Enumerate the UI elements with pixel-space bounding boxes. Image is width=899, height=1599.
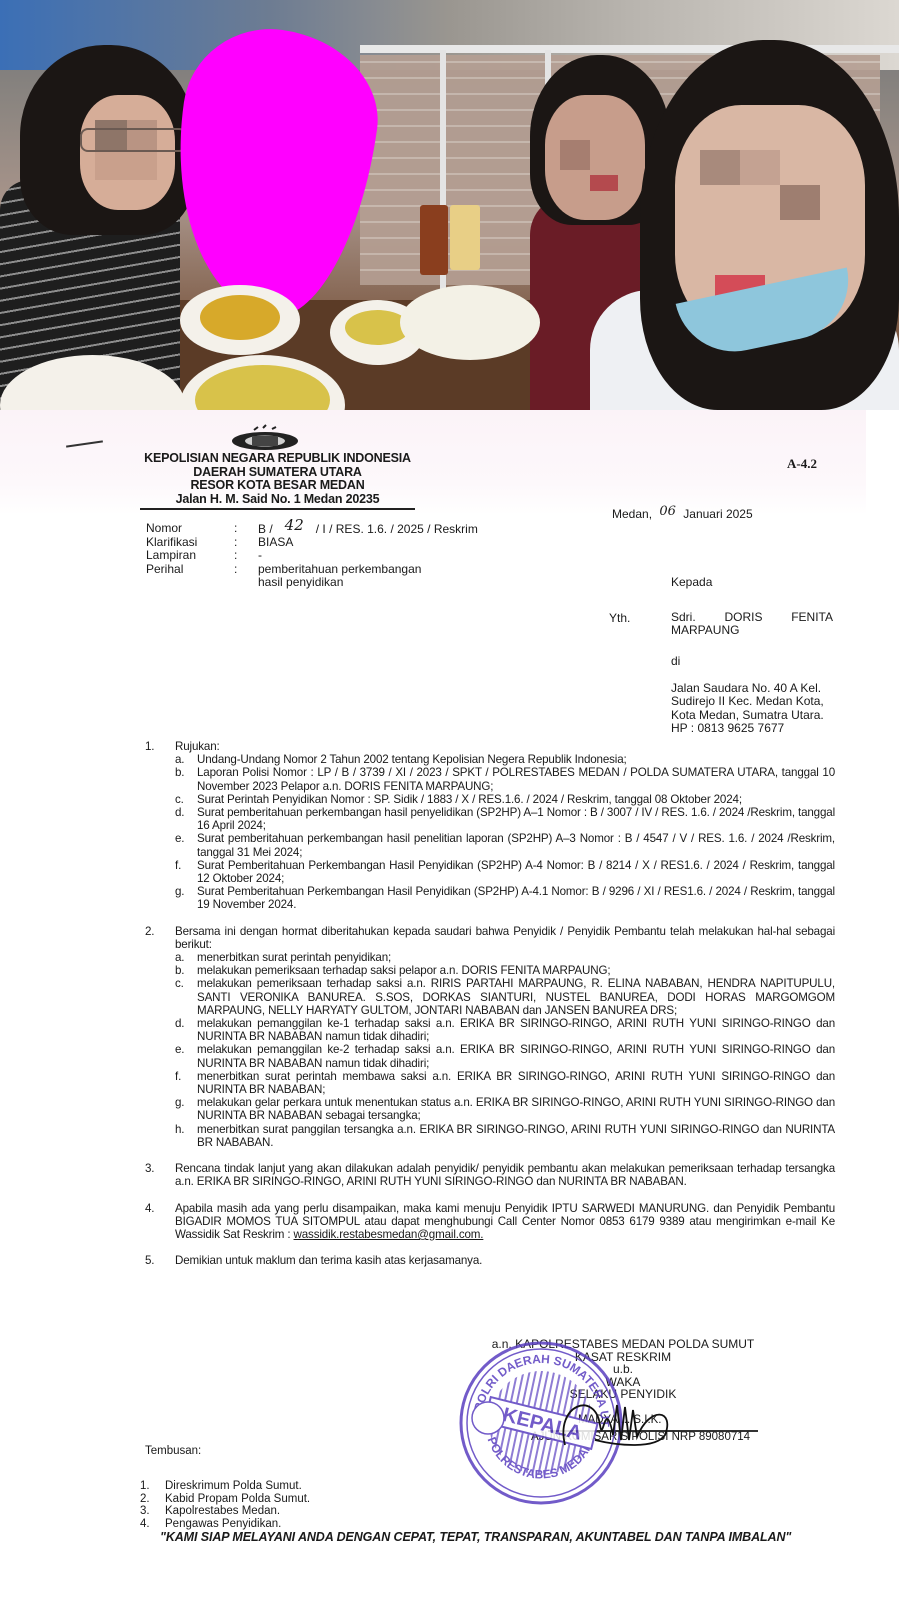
pixelation — [740, 150, 780, 185]
item-text: melakukan pemeriksaan terhadap saksi pel… — [197, 964, 610, 977]
recipient-name-part: MARPAUNG — [671, 624, 833, 637]
section-number: 4. — [145, 1202, 154, 1215]
cc-text: Kapolrestabes Medan. — [165, 1505, 280, 1517]
item-text: Surat pemberitahuan perkembangan hasil p… — [197, 806, 835, 832]
di-label: di — [671, 654, 680, 668]
meta-value: BIASA — [258, 536, 293, 550]
item-text: Laporan Polisi Nomor : LP / B / 3739 / X… — [197, 766, 835, 792]
section-number: 5. — [145, 1254, 154, 1267]
item-letter: g. — [175, 885, 184, 898]
address-line: Kota Medan, Sumatra Utara. — [671, 709, 841, 722]
section-rujukan: 1. Rujukan: a.Undang-Undang Nomor 2 Tahu… — [145, 740, 835, 912]
address-line: Sudirejo II Kec. Medan Kota, — [671, 695, 841, 708]
cc-text: Kabid Propam Polda Sumut. — [165, 1493, 310, 1505]
item-letter: b. — [175, 766, 184, 779]
list-item: g.melakukan gelar perkara untuk menentuk… — [175, 1096, 835, 1122]
item-letter: b. — [175, 964, 184, 977]
list-item: e.melakukan pemanggilan ke-2 terhadap sa… — [175, 1043, 835, 1069]
police-emblem-icon — [230, 423, 300, 451]
pixelation — [95, 150, 157, 180]
contact-text: Apabila masih ada yang perlu disampaikan… — [175, 1202, 835, 1241]
item-letter: h. — [175, 1123, 184, 1136]
list-item: g.Surat Pemberitahuan Perkembangan Hasil… — [175, 885, 835, 911]
handwritten-number: 42 — [285, 519, 304, 533]
letter-body: 1. Rujukan: a.Undang-Undang Nomor 2 Tahu… — [145, 740, 835, 1267]
recipient-phone: HP : 0813 9625 7677 — [671, 722, 841, 735]
cc-list: 1.Direskrimum Polda Sumut. 2.Kabid Propa… — [140, 1480, 310, 1530]
item-letter: e. — [175, 832, 184, 845]
list-item: c.Surat Perintah Penyidikan Nomor : SP. … — [175, 793, 835, 806]
plate — [400, 285, 540, 360]
section-heading: Rujukan: — [175, 740, 835, 753]
section-rencana: 3. Rencana tindak lanjut yang akan dilak… — [145, 1162, 835, 1188]
cc-text: Direskrimum Polda Sumut. — [165, 1480, 302, 1492]
recipient-name: Sdri. DORIS FENITA MARPAUNG — [671, 611, 833, 637]
fries — [200, 295, 280, 340]
paper-tint — [0, 410, 866, 515]
form-code: A-4.2 — [787, 456, 817, 472]
item-letter: c. — [175, 793, 184, 806]
item-letter: d. — [175, 1017, 184, 1030]
police-letter: KEPOLISIAN NEGARA REPUBLIK INDONESIA DAE… — [0, 410, 899, 1599]
meta-label: Lampiran — [146, 549, 196, 563]
letterhead-address: Jalan H. M. Said No. 1 Medan 20235 — [140, 493, 415, 507]
date-month-year: Januari 2025 — [683, 507, 752, 521]
item-text: Surat Pemberitahuan Perkembangan Hasil P… — [197, 885, 835, 911]
cc-number: 4. — [140, 1518, 150, 1531]
letterhead-line: DAERAH SUMATERA UTARA — [140, 466, 415, 480]
item-text: melakukan pemanggilan ke-1 terhadap saks… — [197, 1017, 835, 1043]
list-item: a.Undang-Undang Nomor 2 Tahun 2002 tenta… — [175, 753, 835, 766]
list-item: b.Laporan Polisi Nomor : LP / B / 3739 /… — [175, 766, 835, 792]
item-letter: a. — [175, 753, 184, 766]
list-item: f.Surat Pemberitahuan Perkembangan Hasil… — [175, 859, 835, 885]
date-city: Medan, — [612, 507, 652, 521]
item-text: melakukan gelar perkara untuk menentukan… — [197, 1096, 835, 1122]
cc-text: Pengawas Penyidikan. — [165, 1518, 281, 1530]
eyeglasses — [80, 128, 187, 152]
cc-label: Tembusan: — [145, 1445, 201, 1457]
nomor-suffix: / I / RES. 1.6. / 2025 / Reskrim — [316, 522, 478, 536]
letterhead-divider — [140, 508, 415, 510]
item-text: menerbitkan surat perintah membawa saksi… — [197, 1070, 835, 1096]
cc-number: 2. — [140, 1493, 150, 1506]
letterhead-line: KEPOLISIAN NEGARA REPUBLIK INDONESIA — [140, 452, 415, 466]
pixelation — [780, 185, 820, 220]
list-item: a.menerbitkan surat perintah penyidikan; — [175, 951, 835, 964]
meta-colon: : — [234, 522, 237, 536]
item-text: melakukan pemeriksaan terhadap saksi a.n… — [197, 977, 835, 1016]
item-letter: a. — [175, 951, 184, 964]
section-number: 1. — [145, 740, 154, 753]
cc-number: 3. — [140, 1505, 150, 1518]
meta-colon: : — [234, 536, 237, 550]
handwritten-signature-icon — [555, 1385, 695, 1460]
item-text: Surat pemberitahuan perkembangan hasil p… — [197, 832, 835, 858]
letterhead: KEPOLISIAN NEGARA REPUBLIK INDONESIA DAE… — [140, 452, 415, 506]
cc-item: 4.Pengawas Penyidikan. — [140, 1518, 310, 1531]
group-photo — [0, 0, 899, 410]
meta-label: Perihal — [146, 563, 183, 577]
item-text: menerbitkan surat perintah penyidikan; — [197, 951, 391, 964]
meta-value: - — [258, 549, 262, 563]
address-line: Jalan Saudara No. 40 A Kel. — [671, 682, 841, 695]
pixelation — [590, 175, 618, 191]
cc-item: 1.Direskrimum Polda Sumut. — [140, 1480, 310, 1493]
item-letter: g. — [175, 1096, 184, 1109]
section-tindakan: 2. Bersama ini dengan hormat diberitahuk… — [145, 925, 835, 1149]
cc-item: 3.Kapolrestabes Medan. — [140, 1505, 310, 1518]
section-number: 3. — [145, 1162, 154, 1175]
list-item: f.menerbitkan surat perintah membawa sak… — [175, 1070, 835, 1096]
section-text: Bersama ini dengan hormat diberitahukan … — [175, 925, 835, 951]
recipient-name-part: FENITA — [791, 611, 833, 624]
handwritten-day: 06 — [659, 504, 676, 519]
letterhead-line: RESOR KOTA BESAR MEDAN — [140, 479, 415, 493]
list-item: b.melakukan pemeriksaan terhadap saksi p… — [175, 964, 835, 977]
section-penutup: 5. Demikian untuk maklum dan terima kasi… — [145, 1254, 835, 1267]
item-text: melakukan pemanggilan ke-2 terhadap saks… — [197, 1043, 835, 1069]
section-number: 2. — [145, 925, 154, 938]
item-letter: d. — [175, 806, 184, 819]
nomor-prefix: B / — [258, 522, 273, 536]
letter-date: Medan, 06 Januari 2025 — [612, 507, 753, 522]
meta-label: Nomor — [146, 522, 182, 536]
iced-tea-glass — [420, 205, 448, 275]
item-text: Undang-Undang Nomor 2 Tahun 2002 tentang… — [197, 753, 627, 766]
pixelation — [560, 140, 590, 170]
meta-value: hasil penyidikan — [258, 576, 343, 590]
meta-colon: : — [234, 549, 237, 563]
recipient-address: Jalan Saudara No. 40 A Kel. Sudirejo II … — [671, 682, 841, 735]
service-motto: "KAMI SIAP MELAYANI ANDA DENGAN CEPAT, T… — [160, 1530, 860, 1544]
meta-value: pemberitahuan perkembangan — [258, 563, 421, 577]
section-text: Demikian untuk maklum dan terima kasih a… — [175, 1254, 835, 1267]
meta-colon: : — [234, 563, 237, 577]
yth-label: Yth. — [609, 611, 630, 625]
list-item: c.melakukan pemeriksaan terhadap saksi a… — [175, 977, 835, 1017]
pixelation — [700, 150, 740, 185]
section-text: Apabila masih ada yang perlu disampaikan… — [175, 1202, 835, 1242]
list-item: h.menerbitkan surat panggilan tersangka … — [175, 1123, 835, 1149]
cc-number: 1. — [140, 1480, 150, 1493]
item-letter: e. — [175, 1043, 184, 1056]
kepada-label: Kepada — [671, 575, 712, 589]
section-text: Rencana tindak lanjut yang akan dilakuka… — [175, 1162, 835, 1188]
section-kontak: 4. Apabila masih ada yang perlu disampai… — [145, 1202, 835, 1242]
item-text: menerbitkan surat panggilan tersangka a.… — [197, 1123, 835, 1149]
item-text: Surat Perintah Penyidikan Nomor : SP. Si… — [197, 793, 742, 806]
meta-label: Klarifikasi — [146, 536, 197, 550]
item-letter: c. — [175, 977, 184, 990]
list-item: d.Surat pemberitahuan perkembangan hasil… — [175, 806, 835, 832]
item-letter: f. — [175, 1070, 181, 1083]
item-letter: f. — [175, 859, 181, 872]
cc-item: 2.Kabid Propam Polda Sumut. — [140, 1493, 310, 1506]
list-item: e.Surat pemberitahuan perkembangan hasil… — [175, 832, 835, 858]
list-item: d.melakukan pemanggilan ke-1 terhadap sa… — [175, 1017, 835, 1043]
juice-glass — [450, 205, 480, 270]
item-text: Surat Pemberitahuan Perkembangan Hasil P… — [197, 859, 835, 885]
email-link[interactable]: wassidik.restabesmedan@gmail.com. — [294, 1228, 484, 1241]
